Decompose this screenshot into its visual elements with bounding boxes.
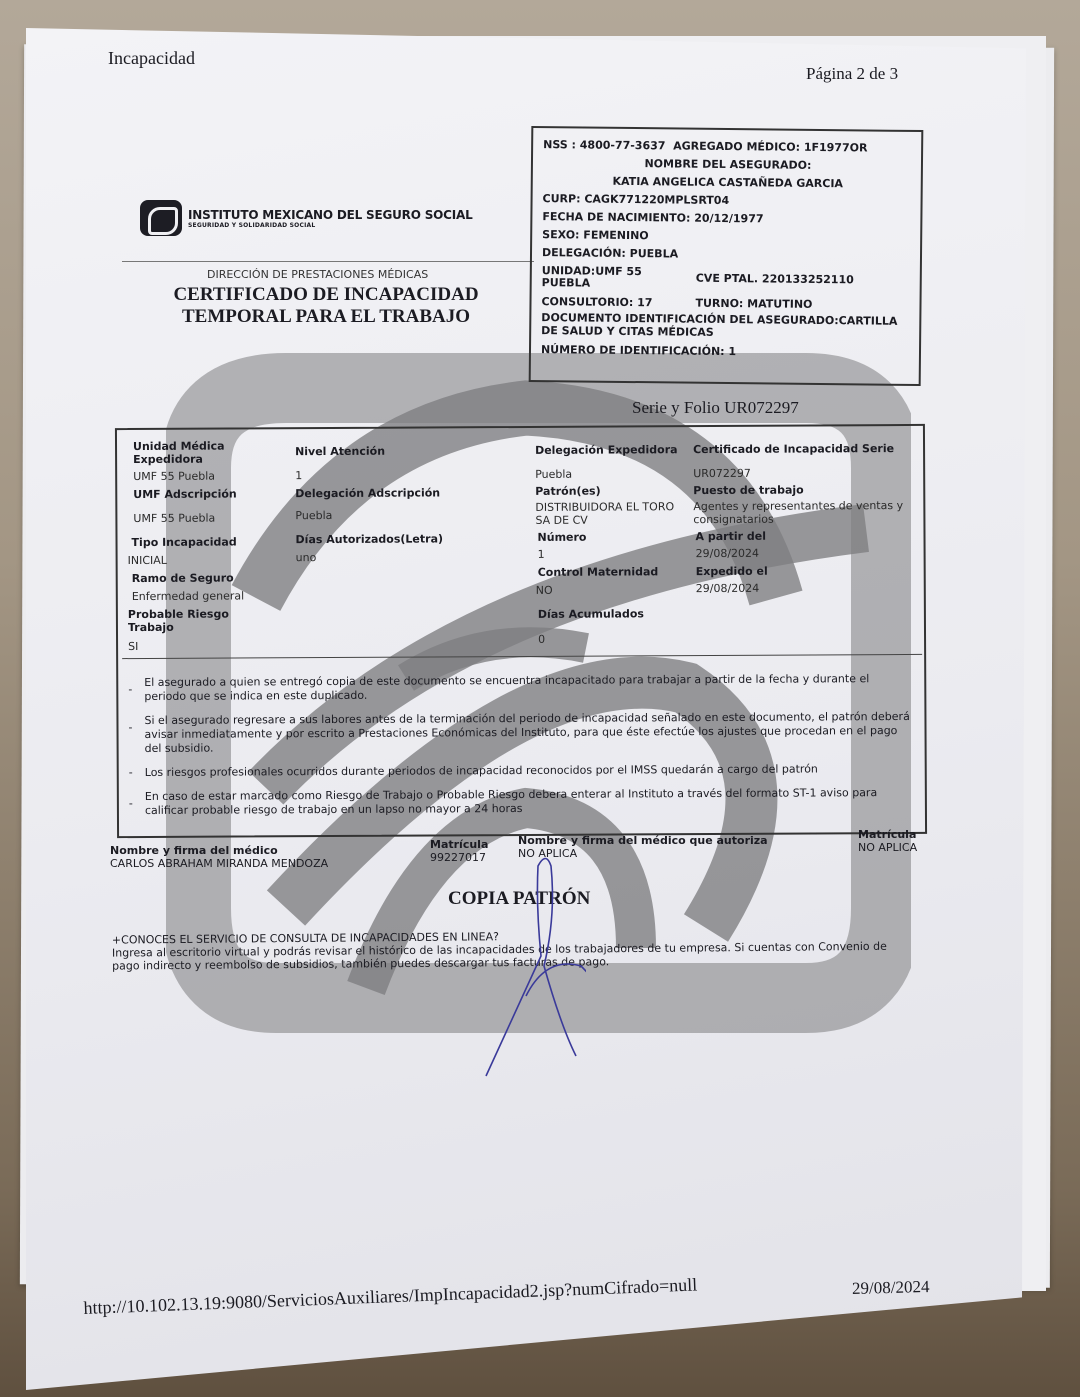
divider: [122, 654, 922, 659]
value-patron: DISTRIBUIDORA EL TORO SA DE CV: [535, 500, 685, 527]
value-unidad-expedidora: UMF 55 Puebla: [133, 470, 215, 483]
value-ramo-seguro: Enfermedad general: [132, 589, 244, 603]
note-item: -Los riesgos profesionales ocurridos dur…: [129, 762, 914, 780]
matricula2-value: NO APLICA: [858, 841, 917, 854]
label-delegacion-expedidora: Delegación Expedidora: [535, 443, 678, 457]
certificate-details-box: Unidad Médica Expedidora UMF 55 Puebla N…: [115, 424, 927, 838]
label-tipo-incapacidad: Tipo Incapacidad: [131, 535, 236, 549]
value-delegacion-expedidora: Puebla: [535, 468, 572, 481]
label-puesto: Puesto de trabajo: [693, 484, 804, 498]
note-item: -Si el asegurado regresare a sus labores…: [128, 710, 913, 756]
doctor-signature-block: Nombre y firma del médico CARLOS ABRAHAM…: [110, 844, 328, 870]
institution-name: INSTITUTO MEXICANO DEL SEGURO SOCIAL: [188, 208, 473, 222]
agregado-value: 1F1977OR: [804, 141, 868, 155]
handwritten-signature-icon: [466, 846, 586, 1086]
label-nivel-atencion: Nivel Atención: [295, 445, 385, 458]
patient-info-box: NSS : 4800-77-3637 AGREGADO MÉDICO: 1F19…: [529, 126, 924, 386]
label-expedido: Expedido el: [696, 565, 768, 578]
direction-title: DIRECCIÓN DE PRESTACIONES MÉDICAS: [207, 268, 428, 281]
page-indicator: Página 2 de 3: [806, 64, 898, 84]
label-numero: Número: [537, 531, 586, 544]
notes-list: -El asegurado a quien se entregó copia d…: [128, 672, 914, 828]
label-control-maternidad: Control Maternidad: [538, 565, 659, 579]
print-url: http://10.102.13.19:9080/ServiciosAuxili…: [83, 1274, 697, 1319]
certificate-title: CERTIFICADO DE INCAPACIDAD TEMPORAL PARA…: [164, 284, 488, 328]
value-numero: 1: [538, 548, 545, 561]
matricula2-block: Matrícula NO APLICA: [858, 828, 917, 854]
doc-id-row: DOCUMENTO IDENTIFICACIÓN DEL ASEGURADO:C…: [541, 311, 911, 341]
print-date: 29/08/2024: [852, 1277, 930, 1299]
value-riesgo-trabajo: SI: [128, 640, 138, 653]
value-umf-adscripcion: UMF 55 Puebla: [133, 512, 215, 525]
institution-tagline: SEGURIDAD Y SOLIDARIDAD SOCIAL: [188, 222, 473, 229]
header-title: Incapacidad: [108, 48, 195, 69]
value-expedido: 29/08/2024: [696, 582, 759, 595]
institution-logo-block: INSTITUTO MEXICANO DEL SEGURO SOCIAL SEG…: [140, 200, 473, 236]
document-page: Incapacidad Página 2 de 3 INSTITUTO MEXI…: [26, 28, 1026, 1390]
value-puesto: Agentes y representantes de ventas y con…: [693, 499, 918, 526]
label-delegacion-adscripcion: Delegación Adscripción: [295, 486, 440, 500]
unidad-row: UNIDAD:UMF 55PUEBLA CVE PTAL. 2201332521…: [542, 265, 912, 293]
value-dias-acumulados: 0: [538, 633, 545, 646]
label-ramo-seguro: Ramo de Seguro: [132, 572, 234, 586]
label-cert-serie: Certificado de Incapacidad Serie: [693, 442, 894, 456]
birth-value: 20/12/1977: [694, 212, 763, 226]
serie-folio: Serie y Folio UR072297: [632, 398, 799, 418]
label-unidad-expedidora: Unidad Médica Expedidora: [133, 439, 243, 466]
value-a-partir: 29/08/2024: [696, 547, 759, 560]
value-tipo-incapacidad: INICIAL: [128, 554, 167, 567]
certificate-title-line2: TEMPORAL PARA EL TRABAJO: [164, 306, 488, 328]
value-nivel-atencion: 1: [295, 469, 302, 482]
label-patron: Patrón(es): [535, 485, 600, 498]
cve-value: 220133252110: [762, 272, 854, 286]
label-dias-acumulados: Días Acumulados: [538, 607, 644, 621]
value-delegacion-adscripcion: Puebla: [295, 509, 332, 522]
note-item: -En caso de estar marcado como Riesgo de…: [129, 786, 914, 818]
label-riesgo-trabajo: Probable Riesgo Trabajo: [128, 607, 248, 634]
num-id-row: NÚMERO DE IDENTIFICACIÓN: 1: [541, 341, 911, 363]
value-dias-letra: uno: [296, 551, 317, 564]
curp-value: CAGK771220MPLSRT04: [584, 193, 729, 208]
value-cert-serie: UR072297: [693, 467, 751, 480]
doctor-name: CARLOS ABRAHAM MIRANDA MENDOZA: [110, 857, 328, 870]
imss-eagle-logo-icon: [140, 200, 182, 236]
sex-value: FEMENINO: [583, 229, 648, 243]
certificate-title-line1: CERTIFICADO DE INCAPACIDAD: [164, 284, 488, 306]
label-dias-letra: Días Autorizados(Letra): [295, 532, 443, 546]
delegacion-row: DELEGACIÓN: PUEBLA: [542, 244, 912, 266]
divider: [122, 261, 534, 262]
value-control-maternidad: NO: [536, 584, 553, 597]
label-umf-adscripcion: UMF Adscripción: [133, 487, 237, 501]
delegacion-value: PUEBLA: [630, 247, 679, 261]
label-a-partir: A partir del: [695, 530, 766, 543]
note-item: -El asegurado a quien se entregó copia d…: [128, 672, 913, 704]
nss-value: 4800-77-3637: [580, 138, 666, 152]
